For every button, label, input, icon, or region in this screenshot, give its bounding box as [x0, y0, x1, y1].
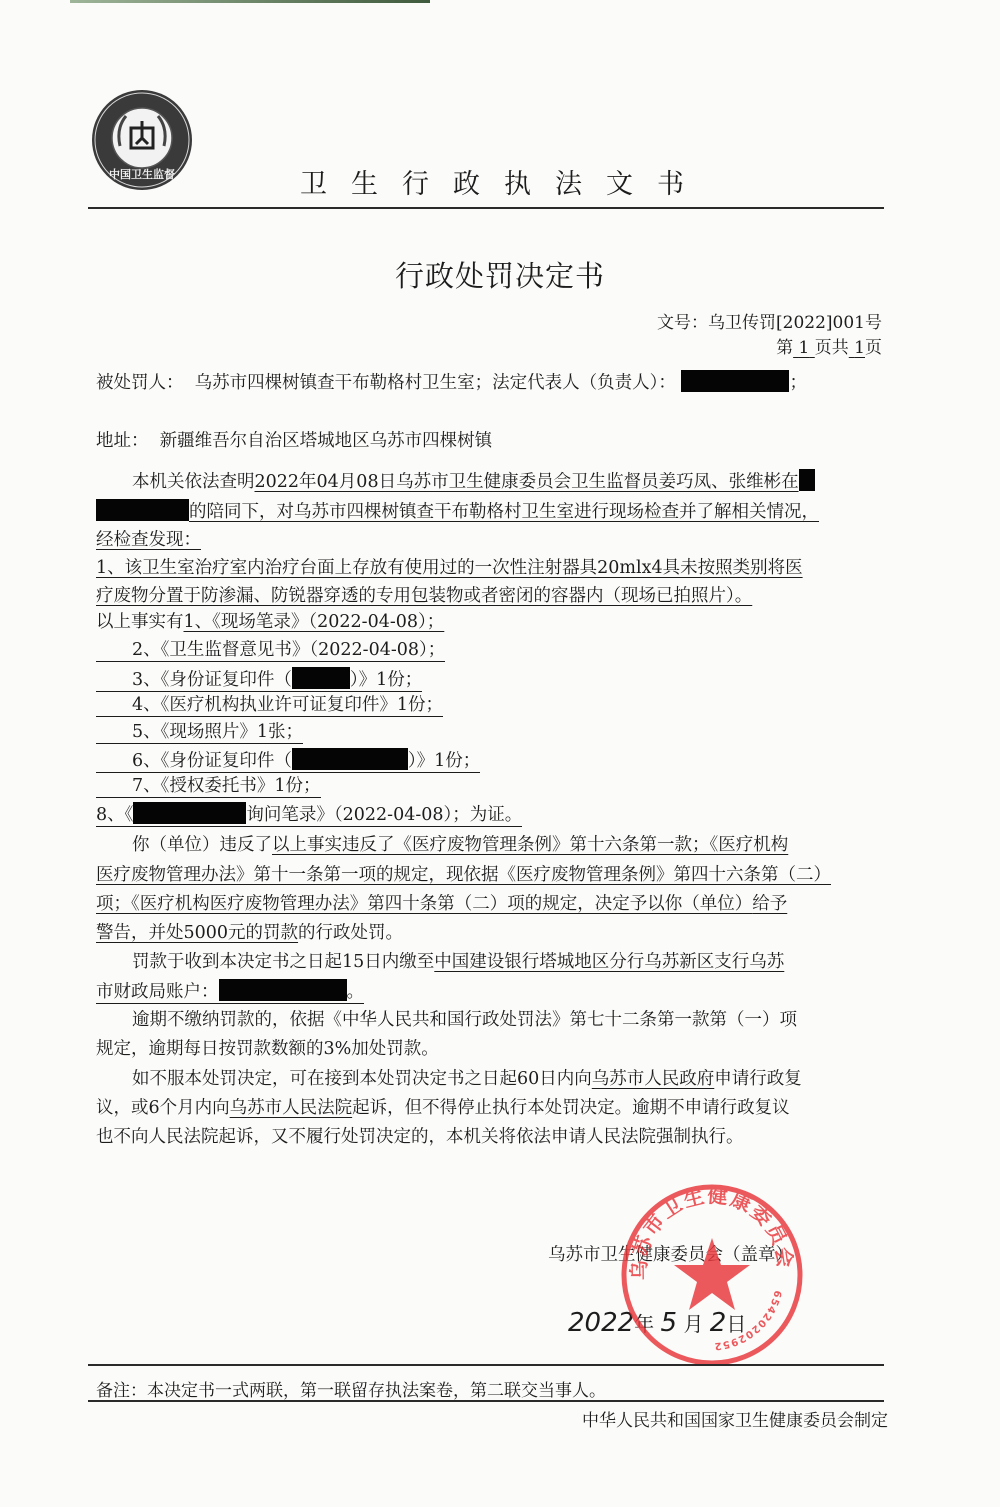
- health-inspection-emblem-icon: 中国卫生监督: [90, 88, 194, 192]
- footer-rule-top: [88, 1364, 884, 1366]
- scan-edge-artifact: [70, 0, 430, 3]
- redacted-account: [219, 979, 347, 1001]
- official-seal-icon: 乌苏市卫生健康委员会 65420202952: [617, 1180, 807, 1370]
- finding-item-1a: 1、该卫生室治疗室内治疗台面上存放有使用过的一次性注射器具20mlx4具未按照类…: [96, 557, 803, 579]
- redacted-id: [292, 748, 408, 770]
- evidence-item-2: 2、《卫生监督意见书》（2022-04-08）；: [96, 639, 445, 662]
- findings-line3: 经检查发现：: [96, 529, 201, 551]
- redacted-name: [799, 469, 815, 491]
- evidence-item-1: 以上事实有1、《现场笔录》（2022-04-08）；: [96, 611, 444, 633]
- form-maker: 中华人民共和国国家卫生健康委员会制定: [582, 1406, 888, 1431]
- violation-line4: 警告，并处5000元的罚款的行政处罚。: [96, 922, 403, 944]
- document-title: 行政处罚决定书: [0, 254, 1000, 295]
- finding-item-1b: 疗废物分置于防渗漏、防锐器穿透的专用包装物或者密闭的容器内（现场已拍照片）。: [96, 585, 752, 607]
- header-title: 卫生行政执法文书: [300, 162, 708, 201]
- findings-line2: 的陪同下，对乌苏市四棵树镇查干布勒格村卫生室进行现场检查并了解相关情况，: [96, 499, 819, 523]
- violation-line2: 医疗废物管理办法》第十一条第一项的规定，现依据《医疗废物管理条例》第四十六条第（…: [96, 864, 831, 886]
- overdue-line1: 逾期不缴纳罚款的，依据《中华人民共和国行政处罚法》第七十二条第一款第（一）项: [96, 1009, 797, 1031]
- redacted-id: [292, 667, 350, 689]
- header-rule: [88, 207, 884, 209]
- redacted-name: [681, 370, 789, 392]
- evidence-item-3: 3、《身份证复印件（）》1份；: [96, 667, 422, 692]
- page-indicator: 第 1 页共 1页: [776, 333, 882, 358]
- evidence-item-8: 8、《询问笔录》（2022-04-08）；为证。: [96, 802, 522, 827]
- appeal-line3: 也不向人民法院起诉，又不履行处罚决定的，本机关将依法申请人民法院强制执行。: [96, 1126, 744, 1148]
- evidence-item-6: 6、《身份证复印件（）》1份；: [96, 748, 480, 773]
- footer-rule-bottom: [88, 1400, 884, 1402]
- doc-number: 文号：乌卫传罚[2022]001号: [657, 308, 882, 333]
- address: 地址： 新疆维吾尔自治区塔城地区乌苏市四棵树镇: [96, 430, 492, 452]
- appeal-line1: 如不服本处罚决定，可在接到本处罚决定书之日起60日内向乌苏市人民政府申请行政复: [96, 1068, 802, 1090]
- evidence-item-7: 7、《授权委托书》1份；: [96, 775, 321, 798]
- violation-line1: 你（单位）违反了以上事实违反了《医疗废物管理条例》第十六条第一款；《医疗机构: [96, 834, 788, 856]
- violation-line3: 项；《医疗机构医疗废物管理办法》第四十条第（二）项的规定，决定予以你（单位）给予: [96, 893, 787, 915]
- payment-account: 市财政局账户：。: [96, 979, 364, 1004]
- appeal-line2: 议，或6个月内向乌苏市人民法院起诉，但不得停止执行本处罚决定。逾期不申请行政复议: [96, 1097, 790, 1119]
- redacted-name: [133, 802, 246, 824]
- evidence-item-5: 5、《现场照片》1张；: [96, 721, 303, 744]
- remark: 备注：本决定书一式两联，第一联留存执法案卷，第二联交当事人。: [96, 1376, 606, 1401]
- svg-text:中国卫生监督: 中国卫生监督: [109, 167, 175, 181]
- overdue-line2: 规定，逾期每日按罚款数额的3%加处罚款。: [96, 1038, 439, 1060]
- payment-line1: 罚款于收到本决定书之日起15日内缴至中国建设银行塔城地区分行乌苏新区支行乌苏: [96, 951, 784, 973]
- evidence-item-4: 4、《医疗机构执业许可证复印件》1份；: [96, 694, 443, 717]
- findings-intro: 本机关依法查明2022年04月08日乌苏市卫生健康委员会卫生监督员姜巧凤、张维彬…: [96, 469, 815, 493]
- penalized-party: 被处罚人： 乌苏市四棵树镇查干布勒格村卫生室；法定代表人（负责人）： ；: [96, 370, 807, 394]
- redacted-name: [96, 499, 189, 521]
